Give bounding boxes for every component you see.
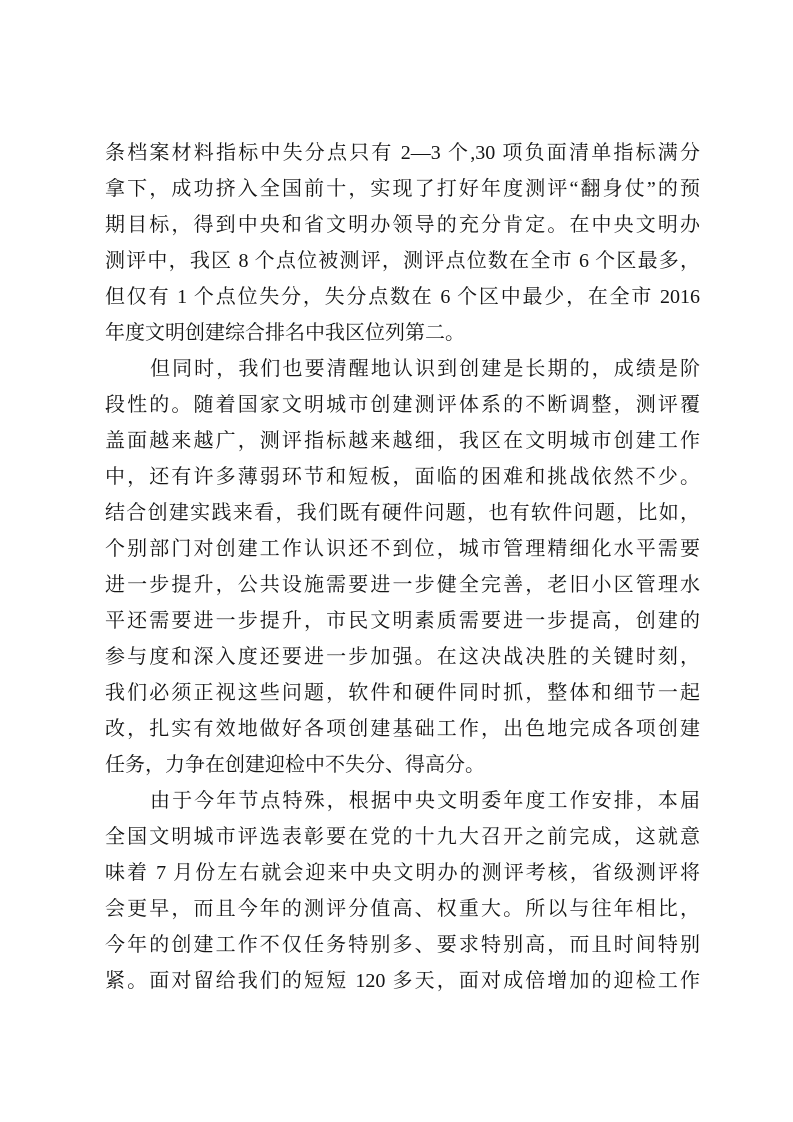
document-page: 条档案材料指标中失分点只有 2—3 个,30 项负面清单指标满分 拿下，成功挤入… xyxy=(0,0,793,1122)
document-body: 条档案材料指标中失分点只有 2—3 个,30 项负面清单指标满分 拿下，成功挤入… xyxy=(105,135,700,999)
text-line: 测评中，我区 8 个点位被测评，测评点位数在全市 6 个区最多， xyxy=(105,243,700,279)
text-line: 但同时，我们也要清醒地认识到创建是长期的，成绩是阶 xyxy=(105,351,700,387)
paragraph-3: 由于今年节点特殊，根据中央文明委年度工作安排，本届 全国文明城市评选表彰要在党的… xyxy=(105,783,700,999)
text-line: 盖面越来越广，测评指标越来越细，我区在文明城市创建工作 xyxy=(105,423,700,459)
text-line: 中，还有许多薄弱环节和短板，面临的困难和挑战依然不少。 xyxy=(105,459,700,495)
text-line: 期目标，得到中央和省文明办领导的充分肯定。在中央文明办 xyxy=(105,207,700,243)
text-line: 条档案材料指标中失分点只有 2—3 个,30 项负面清单指标满分 xyxy=(105,135,700,171)
text-line: 参与度和深入度还要进一步加强。在这决战决胜的关键时刻， xyxy=(105,639,700,675)
text-line: 由于今年节点特殊，根据中央文明委年度工作安排，本届 xyxy=(105,783,700,819)
text-line: 进一步提升，公共设施需要进一步健全完善，老旧小区管理水 xyxy=(105,567,700,603)
text-line: 改，扎实有效地做好各项创建基础工作，出色地完成各项创建 xyxy=(105,711,700,747)
text-line: 年度文明创建综合排名中我区位列第二。 xyxy=(105,315,700,351)
text-line: 会更早，而且今年的测评分值高、权重大。所以与往年相比， xyxy=(105,891,700,927)
text-line: 味着 7 月份左右就会迎来中央文明办的测评考核，省级测评将 xyxy=(105,855,700,891)
paragraph-2: 但同时，我们也要清醒地认识到创建是长期的，成绩是阶 段性的。随着国家文明城市创建… xyxy=(105,351,700,783)
text-line: 但仅有 1 个点位失分，失分点数在 6 个区中最少，在全市 2016 xyxy=(105,279,700,315)
text-line: 今年的创建工作不仅任务特别多、要求特别高，而且时间特别 xyxy=(105,927,700,963)
text-line: 紧。面对留给我们的短短 120 多天，面对成倍增加的迎检工作 xyxy=(105,963,700,999)
text-line: 段性的。随着国家文明城市创建测评体系的不断调整，测评覆 xyxy=(105,387,700,423)
text-line: 拿下，成功挤入全国前十，实现了打好年度测评“翻身仗”的预 xyxy=(105,171,700,207)
text-line: 任务，力争在创建迎检中不失分、得高分。 xyxy=(105,747,700,783)
text-line: 平还需要进一步提升，市民文明素质需要进一步提高，创建的 xyxy=(105,603,700,639)
text-line: 结合创建实践来看，我们既有硬件问题，也有软件问题，比如， xyxy=(105,495,700,531)
paragraph-1: 条档案材料指标中失分点只有 2—3 个,30 项负面清单指标满分 拿下，成功挤入… xyxy=(105,135,700,351)
text-line: 全国文明城市评选表彰要在党的十九大召开之前完成，这就意 xyxy=(105,819,700,855)
text-line: 我们必须正视这些问题，软件和硬件同时抓，整体和细节一起 xyxy=(105,675,700,711)
text-line: 个别部门对创建工作认识还不到位，城市管理精细化水平需要 xyxy=(105,531,700,567)
